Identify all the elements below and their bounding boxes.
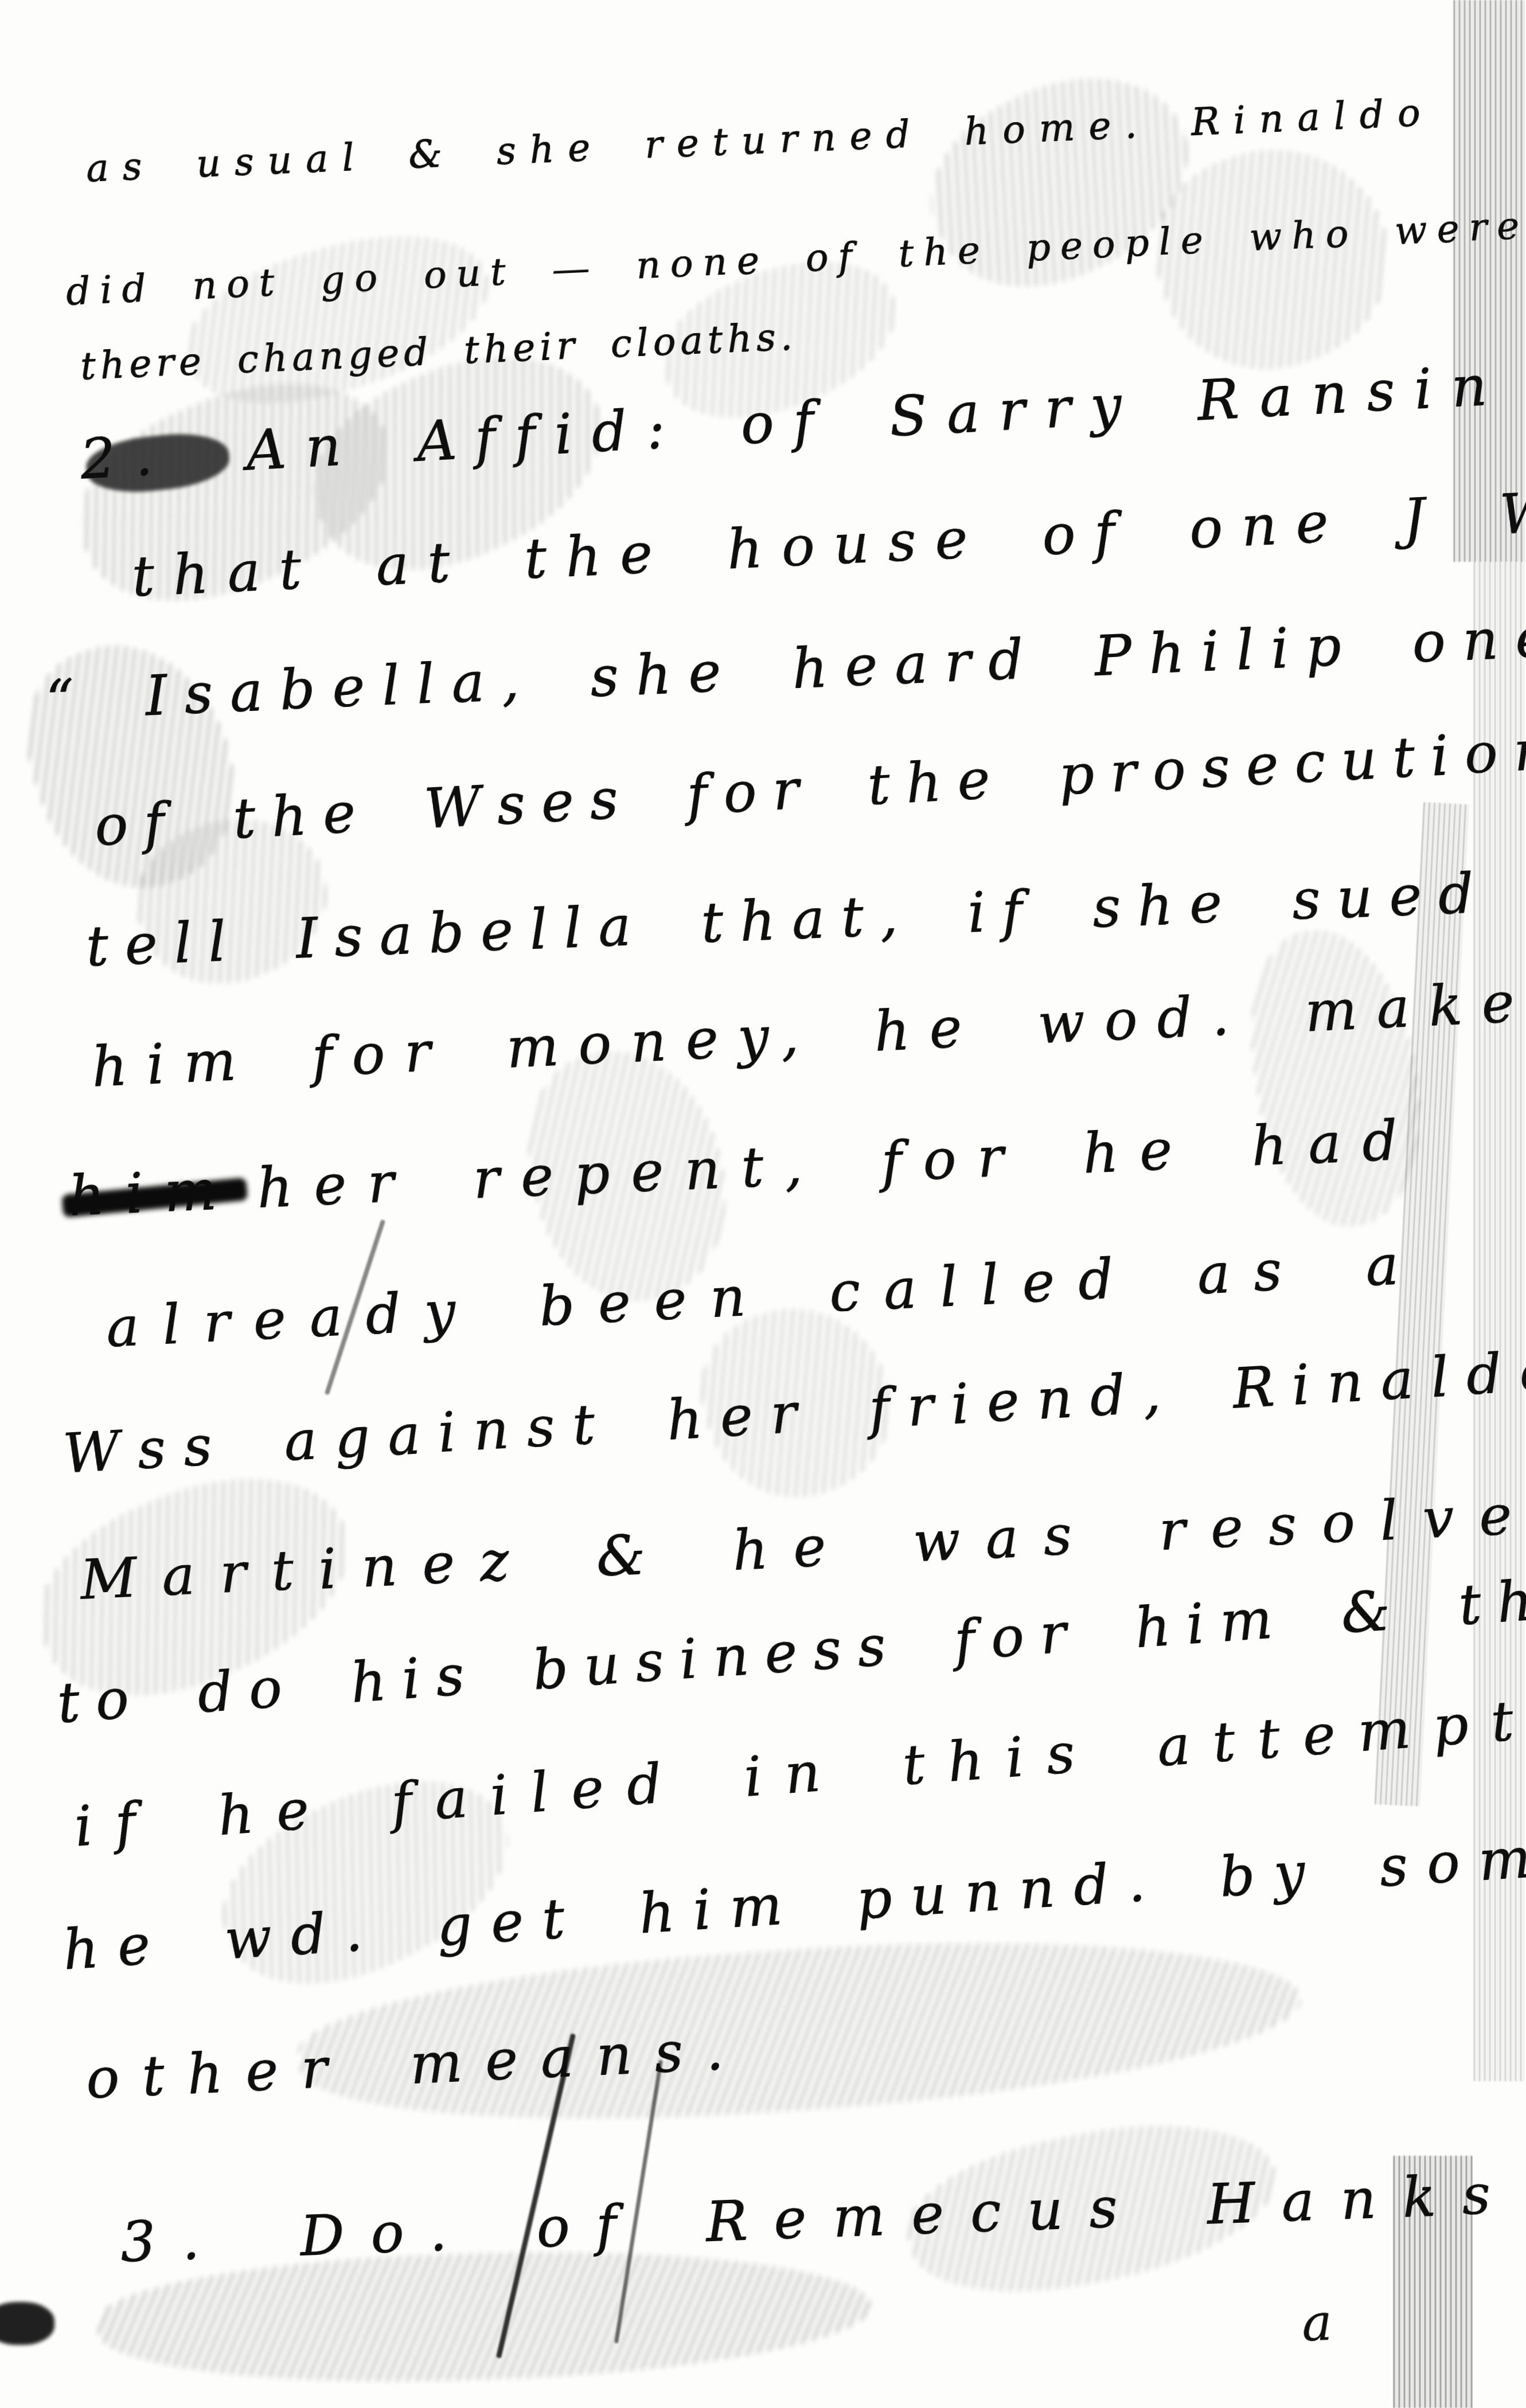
page-edge-texture <box>1375 802 1469 1807</box>
manuscript-line: 3.Do. of Remecus Hanks <box>119 2161 1518 2274</box>
catchword: a <box>1301 2293 1333 2353</box>
page-edge-texture <box>1454 0 1526 562</box>
manuscript-line: of the Wses for the prosecution, <box>93 716 1526 858</box>
struck-word: him <box>68 1157 239 1228</box>
item-number: 2. <box>79 423 173 491</box>
manuscript-line: himher repent, for he had <box>68 1107 1420 1228</box>
spacer <box>173 470 247 474</box>
line-text: her repent, for he had <box>256 1107 1420 1220</box>
ink-blot <box>0 2302 54 2345</box>
manuscript-page: as usual & she returned home. Rinaldo di… <box>0 0 1526 2408</box>
item-number: 3. <box>119 2207 227 2274</box>
manuscript-line: “ Isabella, she heard Philip one <box>45 604 1526 732</box>
line-text: Do. of Remecus Hanks <box>299 2161 1517 2268</box>
spacer <box>227 2255 301 2258</box>
